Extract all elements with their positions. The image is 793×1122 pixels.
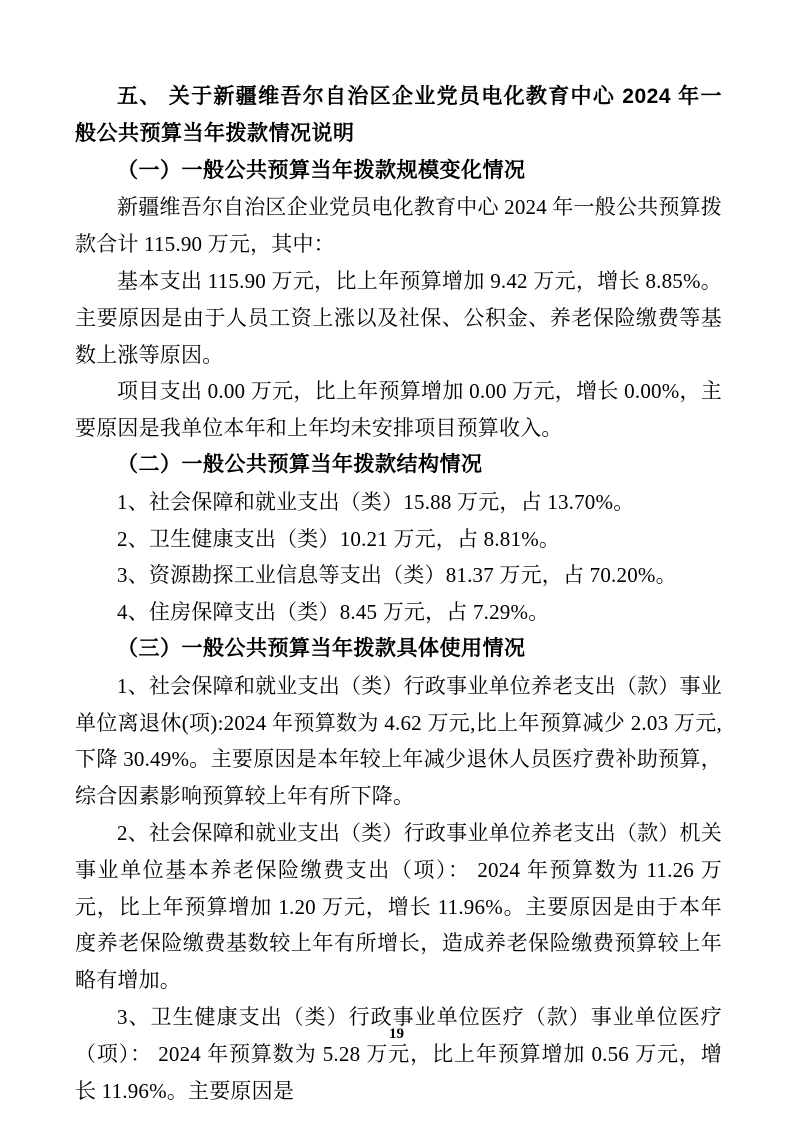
section-heading-5: 五、 关于新疆维吾尔自治区企业党员电化教育中心 2024 年一般公共预算当年拨款… <box>75 79 722 153</box>
subsection-heading-1: （一）一般公共预算当年拨款规模变化情况 <box>75 153 722 190</box>
list-item-social-security: 1、社会保障和就业支出（类）15.88 万元，占 13.70%。 <box>75 484 722 521</box>
document-body: 五、 关于新疆维吾尔自治区企业党员电化教育中心 2024 年一般公共预算当年拨款… <box>75 79 722 1109</box>
page-number: 19 <box>0 1026 793 1043</box>
paragraph-detail-pension-contribution: 2、社会保障和就业支出（类）行政事业单位养老支出（款）机关事业单位基本养老保险缴… <box>75 815 722 999</box>
document-page: 五、 关于新疆维吾尔自治区企业党员电化教育中心 2024 年一般公共预算当年拨款… <box>0 0 793 1122</box>
subsection-heading-3: （三）一般公共预算当年拨款具体使用情况 <box>75 631 722 668</box>
paragraph-detail-medical: 3、卫生健康支出（类）行政事业单位医疗（款）事业单位医疗（项）： 2024 年预… <box>75 999 722 1109</box>
list-item-resource-exploration: 3、资源勘探工业信息等支出（类）81.37 万元，占 70.20%。 <box>75 557 722 594</box>
paragraph-detail-retirement: 1、社会保障和就业支出（类）行政事业单位养老支出（款）事业单位离退休(项):20… <box>75 668 722 815</box>
paragraph-total-allocation: 新疆维吾尔自治区企业党员电化教育中心 2024 年一般公共预算拨款合计 115.… <box>75 189 722 263</box>
list-item-health: 2、卫生健康支出（类）10.21 万元，占 8.81%。 <box>75 521 722 558</box>
paragraph-basic-expenditure: 基本支出 115.90 万元，比上年预算增加 9.42 万元，增长 8.85%。… <box>75 263 722 373</box>
paragraph-project-expenditure: 项目支出 0.00 万元，比上年预算增加 0.00 万元，增长 0.00%，主要… <box>75 373 722 447</box>
subsection-heading-2: （二）一般公共预算当年拨款结构情况 <box>75 447 722 484</box>
list-item-housing: 4、住房保障支出（类）8.45 万元，占 7.29%。 <box>75 594 722 631</box>
